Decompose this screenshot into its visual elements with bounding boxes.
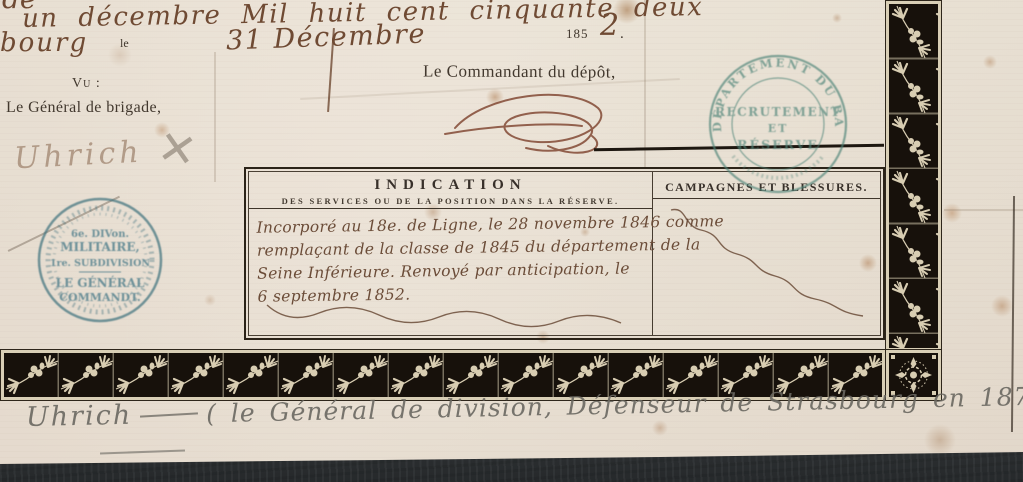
right-stamp-center1: RECRUTEMENT (715, 105, 841, 119)
crease-vertical-left (214, 52, 216, 182)
handwritten-31-decembre: 31 Décembre (226, 19, 427, 57)
left-division-stamp: 6e. DIVon. MILITAIRE, 1re. SUBDIVISION L… (35, 195, 165, 325)
header-indication: INDICATION (249, 177, 652, 194)
document-paper: de un décembre Mil huit cent cinquante d… (0, 0, 1023, 482)
left-stamp-line2: MILITAIRE, (60, 240, 139, 254)
services-column: INDICATION DES SERVICES OU DE LA POSITIO… (249, 172, 653, 335)
services-entry: Incorporé au 18e. de Ligne, le 28 novemb… (248, 206, 652, 309)
crease-horizontal-right (944, 209, 1023, 211)
handwritten-bourg: bourg (0, 28, 88, 58)
services-column-header: INDICATION DES SERVICES OU DE LA POSITIO… (249, 172, 652, 209)
handwritten-year-digit: 2 (600, 8, 619, 43)
screenshot-stage: de un décembre Mil huit cent cinquante d… (0, 0, 1023, 482)
recruitment-stamp: DÉPARTEMENT DU BAS-RHIN RECRUTEMENT ET R… (703, 48, 853, 200)
header-indication-sub: DES SERVICES OU DE LA POSITION DANS LA R… (249, 196, 652, 206)
right-stamp-ring-text: DÉPARTEMENT DU BAS-RHIN (703, 48, 846, 132)
ornament-band-vertical-pattern (889, 4, 938, 348)
left-stamp-line3: 1re. SUBDIVISION (50, 258, 151, 269)
left-stamp-line4: LE GÉNÉRAL (56, 275, 146, 290)
commandant-signature (430, 76, 640, 158)
campaigns-empty-squiggle (653, 202, 884, 337)
right-stamp-center3: RÉSERVE (737, 137, 819, 152)
printed-year-185: 185 (566, 26, 589, 42)
printed-year-period: . (620, 26, 624, 43)
svg-text:DÉPARTEMENT DU BAS-RHIN: DÉPARTEMENT DU BAS-RHIN (703, 48, 846, 132)
note-name: Uhrich (26, 400, 133, 433)
left-stamp-line1: 6e. DIVon. (71, 229, 129, 240)
crease-vertical-center (644, 0, 646, 168)
left-stamp-line5: COMMANDT. (59, 291, 140, 304)
right-stamp-center2: ET (768, 122, 789, 135)
pencil-x-mark: ✕ (154, 119, 201, 179)
note-dash (140, 412, 198, 417)
general-brigade-label: Le Général de brigade, (6, 99, 161, 117)
ornament-band-vertical (885, 0, 942, 352)
vu-label: Vu : (72, 76, 101, 92)
entry-flourish-wave (259, 299, 639, 329)
uhrich-signature-faded: Uhrich (13, 135, 143, 177)
printed-le-label: le (120, 36, 129, 51)
note-underline (100, 450, 185, 455)
